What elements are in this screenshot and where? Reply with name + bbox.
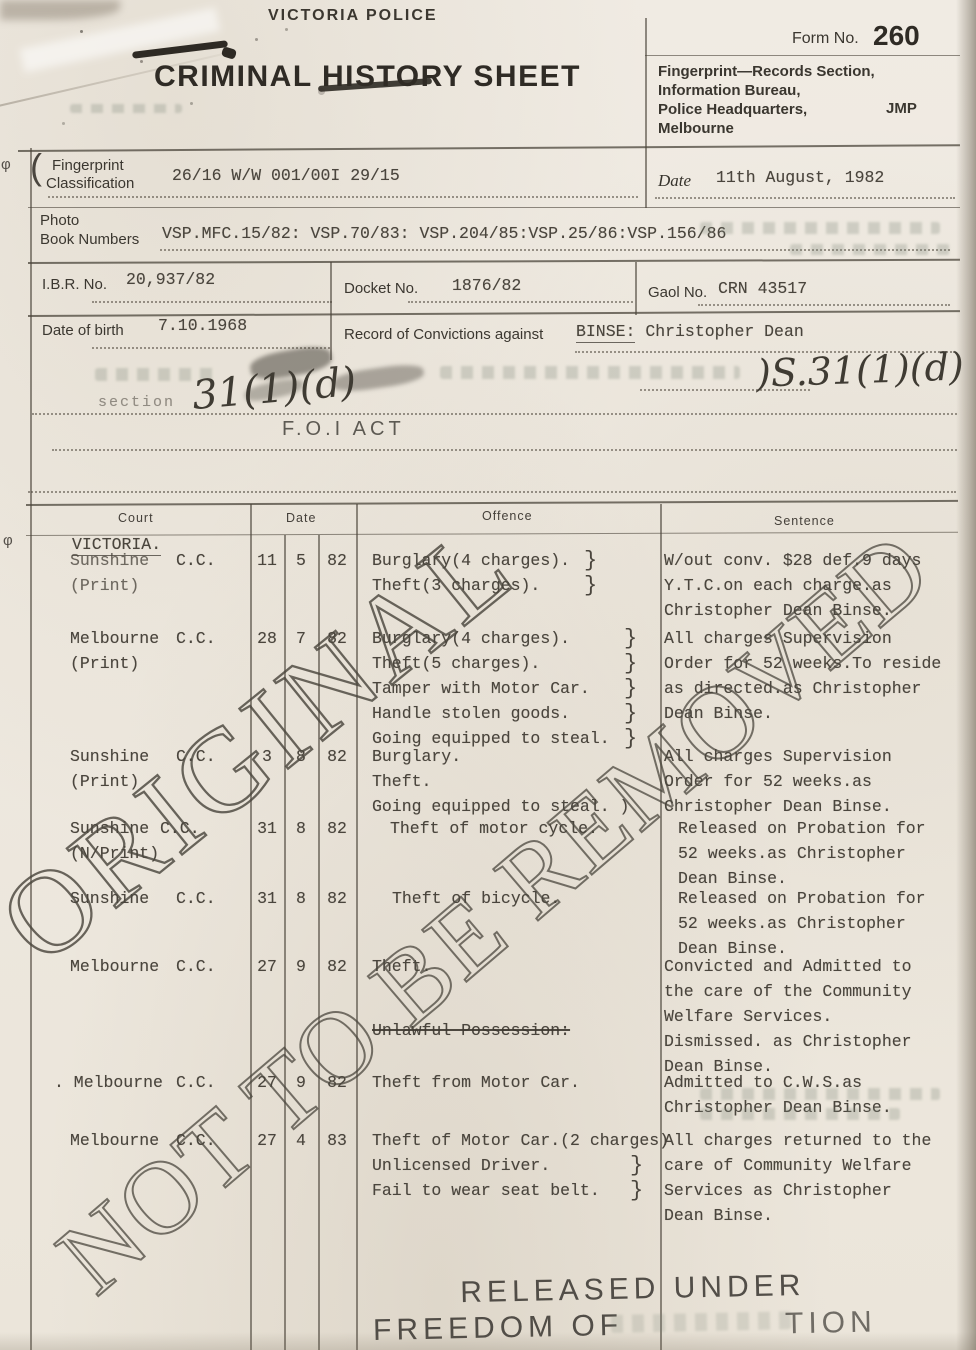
date-label: Date <box>658 171 691 191</box>
bleed-through-artifact <box>790 244 950 255</box>
sentence-line: Order for 52 weeks.as <box>664 769 966 794</box>
criminal-history-sheet-page: VICTORIA POLICE Form No. 260 CRIMINAL HI… <box>0 0 976 1350</box>
date-year: 82 <box>318 816 356 841</box>
date-year: 83 <box>318 1128 356 1153</box>
date-day: 31 <box>250 886 284 911</box>
court-code: C.C. <box>176 626 216 651</box>
sentence-line: the care of the Community <box>664 979 966 1004</box>
bleed-through-artifact <box>440 366 740 379</box>
sentence-line: Released on Probation for <box>678 816 976 841</box>
date-month: 8 <box>284 886 318 911</box>
gaol-value: CRN 43517 <box>718 279 807 298</box>
sentence-line: as directed.as Christopher <box>664 676 966 701</box>
rule <box>28 259 960 264</box>
column-divider <box>330 262 332 360</box>
date-day: 11 <box>250 548 284 573</box>
date-month: 7 <box>284 626 318 651</box>
offence-line-struck: Unlawful Possession: <box>372 1018 662 1043</box>
header-box-divider <box>645 18 647 208</box>
header-box-line <box>645 55 960 56</box>
docket-label: Docket No. <box>344 280 418 297</box>
offence-line: Theft of bicycle. <box>392 886 682 911</box>
date-month: 9 <box>284 954 318 979</box>
sentence-line: Convicted and Admitted to <box>664 954 966 979</box>
rule <box>18 144 960 152</box>
date-day: 27 <box>250 954 284 979</box>
dotted-rule <box>52 449 957 451</box>
offence-line: Handle stolen goods. <box>372 701 662 726</box>
court-code: C.C. <box>176 1128 216 1153</box>
date-year: 82 <box>318 954 356 979</box>
offence-line: Burglary. <box>372 744 662 769</box>
offence-line: Theft. <box>372 769 662 794</box>
sentence-line: care of Community Welfare <box>664 1153 966 1178</box>
ink-blot <box>221 46 237 60</box>
sentence-line: Released on Probation for <box>678 886 976 911</box>
dotted-rule <box>48 196 638 198</box>
column-divider <box>635 262 637 315</box>
offence-line: Burglary(4 charges). <box>372 548 662 573</box>
court-code: C.C. <box>176 744 216 769</box>
table-header-sentence: Sentence <box>774 514 835 528</box>
dotted-rule <box>408 301 633 303</box>
paper-corner-shading <box>0 0 120 20</box>
rule <box>28 207 960 208</box>
sentence-line: Dean Binse. <box>664 1203 966 1228</box>
dob-value: 7.10.1968 <box>158 316 247 335</box>
date-year: 82 <box>318 626 356 651</box>
table-header-court: Court <box>118 511 154 525</box>
date-year: 82 <box>318 548 356 573</box>
date-subdivider <box>318 535 320 1350</box>
table-header-date: Date <box>286 511 316 525</box>
sentence-line: Order for 52 weeks.To reside <box>664 651 966 676</box>
date-day: 27 <box>250 1070 284 1095</box>
subject-name: BINSE: Christopher Dean <box>576 322 804 341</box>
subject-surname: BINSE: <box>576 322 635 343</box>
page-edge-shadow <box>956 0 976 1350</box>
date-month: 8 <box>284 744 318 769</box>
sentence-line: Services as Christopher <box>664 1178 966 1203</box>
offence-line: Theft from Motor Car. <box>372 1070 662 1095</box>
sentence-line: 52 weeks.as Christopher <box>678 911 976 936</box>
sentence-line: All charges Supervision <box>664 744 966 769</box>
date-year: 82 <box>318 744 356 769</box>
grouping-brace: } } <box>630 1153 643 1203</box>
offence-line: Burglary(4 charges). <box>372 626 662 651</box>
handwritten-section-right: )S.31(1)(d) <box>755 344 964 395</box>
page-bottom-shadow <box>0 1332 976 1350</box>
page-title: CRIMINAL HISTORY SHEET <box>154 60 581 94</box>
court-code: C.C. <box>176 954 216 979</box>
date-day: 31 <box>250 816 284 841</box>
ibr-label: I.B.R. No. <box>42 276 107 293</box>
foi-act-stamp: F.O.I ACT <box>282 418 405 441</box>
court-code: C.C. <box>176 886 216 911</box>
phi-mark: φ <box>3 532 13 549</box>
bleed-through-artifact <box>700 222 940 234</box>
offence-line: Unlicensed Driver. <box>372 1153 662 1178</box>
dotted-rule <box>640 389 810 391</box>
court-code: C.C. <box>176 548 216 573</box>
section-label: section <box>98 394 175 411</box>
offence-line: Theft of Motor Car.(2 charges) <box>372 1128 662 1153</box>
sentence-line: All charges returned to the <box>664 1128 966 1153</box>
sentence-line: Christopher Dean Binse. <box>664 598 966 623</box>
date-month: 8 <box>284 816 318 841</box>
sentence-line: 52 weeks.as Christopher <box>678 841 976 866</box>
offence-line: Theft of motor cycle. <box>390 816 680 841</box>
classification-label: Classification <box>46 175 134 192</box>
court-type: (Print) <box>70 651 230 676</box>
dotted-rule <box>698 304 950 306</box>
handwritten-section: 31(1)(d) <box>190 359 358 419</box>
date-value: 11th August, 1982 <box>716 168 884 187</box>
offence-line: Fail to wear seat belt. <box>372 1178 662 1203</box>
table-header-rule <box>26 532 958 536</box>
date-offence-divider <box>356 504 358 1350</box>
court-type: (Print) <box>70 769 230 794</box>
sentence-line: Dean Binse. <box>664 701 966 726</box>
sentence-line: All charges Supervision <box>664 626 966 651</box>
offence-line: Theft(3 charges). <box>372 573 662 598</box>
record-of-convictions-label: Record of Convictions against <box>344 326 543 343</box>
table-header-offence: Offence <box>482 509 533 523</box>
grouping-brace: } } <box>584 548 597 598</box>
subject-given-names: Christopher Dean <box>635 322 803 341</box>
date-month: 9 <box>284 1070 318 1095</box>
date-year: 82 <box>318 1070 356 1095</box>
date-day: 3 <box>250 744 284 769</box>
date-day: 28 <box>250 626 284 651</box>
gaol-label: Gaol No. <box>648 284 707 301</box>
faded-stamp-text <box>611 1311 791 1333</box>
paren-mark: ( <box>30 146 42 188</box>
agency-name: VICTORIA POLICE <box>268 7 438 25</box>
book-numbers-label: Book Numbers <box>40 231 139 248</box>
released-under-stamp-line: RELEASED UNDER <box>460 1269 806 1310</box>
date-month: 5 <box>284 548 318 573</box>
date-day: 27 <box>250 1128 284 1153</box>
photo-book-numbers-value: VSP.MFC.15/82: VSP.70/83: VSP.204/85:VSP… <box>162 224 726 243</box>
form-no-value: 260 <box>873 20 920 52</box>
sentence-line: Welfare Services. <box>664 1004 966 1029</box>
date-year: 82 <box>318 886 356 911</box>
bleed-through-artifact <box>70 104 182 113</box>
office-jmp: JMP <box>886 100 917 117</box>
paper-speckles <box>80 30 83 33</box>
dotted-rule <box>32 413 957 415</box>
court-code: C.C. <box>160 816 200 841</box>
grouping-brace: } } } } } <box>624 626 637 751</box>
date-subdivider <box>284 535 286 1350</box>
sentence-line: W/out conv. $28 def.9 days <box>664 548 966 573</box>
fingerprint-label: Fingerprint <box>52 157 124 174</box>
dotted-rule <box>655 197 955 199</box>
form-no-label: Form No. <box>792 30 859 48</box>
offence-line: Theft. <box>372 954 662 979</box>
court-code: C.C. <box>176 1070 216 1095</box>
phi-mark: φ <box>1 156 11 173</box>
docket-value: 1876/82 <box>452 276 521 295</box>
sentence-line: Y.T.C.on each charge.as <box>664 573 966 598</box>
dob-label: Date of birth <box>42 322 124 339</box>
photo-label: Photo <box>40 212 79 229</box>
office-address: Fingerprint—Records Section, Information… <box>658 62 875 138</box>
ibr-value: 20,937/82 <box>126 270 215 289</box>
offence-line: Tamper with Motor Car. <box>372 676 662 701</box>
classification-value: 26/16 W/W 001/00I 29/15 <box>172 166 400 185</box>
table-top-rule <box>26 500 958 506</box>
bleed-through-artifact <box>700 1108 900 1120</box>
date-month: 4 <box>284 1128 318 1153</box>
court-name: Sunshine <box>70 816 230 841</box>
sentence-line: Dismissed. as Christopher <box>664 1029 966 1054</box>
court-type: (Print) <box>70 573 230 598</box>
table-left-border <box>30 148 32 1350</box>
court-type: (N/Print) <box>70 841 230 866</box>
offence-line: Theft(5 charges). <box>372 651 662 676</box>
dotted-rule <box>28 491 956 493</box>
bleed-through-artifact <box>700 1088 940 1100</box>
dotted-rule <box>92 301 332 303</box>
